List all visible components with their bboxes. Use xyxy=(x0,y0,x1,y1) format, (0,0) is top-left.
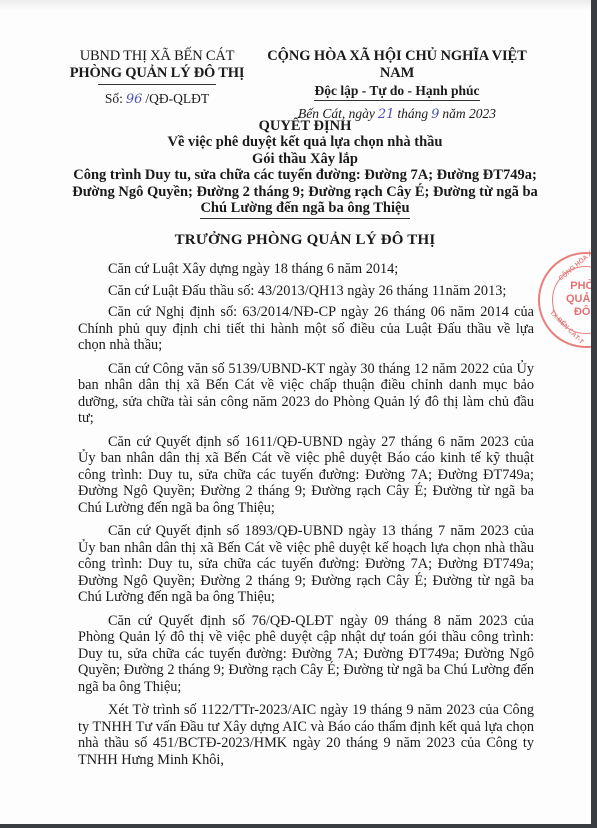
package-name: Gói thầu Xây lắp xyxy=(60,151,550,168)
seal-line-3: ĐÔ xyxy=(566,306,591,319)
legal-basis-paragraph: Căn cứ Quyết định số 76/QĐ-QLĐT ngày 09 … xyxy=(78,613,534,696)
legal-basis-paragraph: Căn cứ Công văn số 5139/UBND-KT ngày 30 … xyxy=(78,361,534,427)
national-header: CỘNG HÒA XÃ HỘI CHỦ NGHĨA VIỆT NAM Độc l… xyxy=(252,48,542,123)
seal-line-2: QUẢN xyxy=(566,293,591,306)
header-divider xyxy=(98,84,216,85)
legal-basis-paragraph: Căn cứ Luật Xây dựng ngày 18 tháng 6 năm… xyxy=(78,261,534,278)
document-type: QUYẾT ĐỊNH xyxy=(60,118,550,134)
document-page: UBND THỊ XÃ BẾN CÁT PHÒNG QUẢN LÝ ĐÔ THỊ… xyxy=(0,0,591,824)
seal-center-text: PHÒ QUẢN ĐÔ xyxy=(566,280,591,319)
legal-basis-paragraph: Căn cứ Quyết định số 1893/QĐ-UBND ngày 1… xyxy=(78,523,534,606)
decision-subject: Về việc phê duyệt kết quả lựa chọn nhà t… xyxy=(60,134,550,151)
agency-name: UBND THỊ XÃ BẾN CÁT xyxy=(62,48,252,65)
issuing-agency-header: UBND THỊ XÃ BẾN CÁT PHÒNG QUẢN LÝ ĐÔ THỊ… xyxy=(62,48,252,108)
decision-title-block: QUYẾT ĐỊNH Về việc phê duyệt kết quả lựa… xyxy=(60,118,550,219)
legal-basis-paragraph: Căn cứ Quyết định số 1611/QĐ-UBND ngày 2… xyxy=(78,434,534,517)
official-seal-stamp: CỘNG HÒA X.H. TX.BẾN CÁT-T PHÒ QUẢN ĐÔ xyxy=(538,252,591,348)
national-motto: Độc lập - Tự do - Hạnh phúc xyxy=(314,82,479,101)
issuing-authority: TRƯỞNG PHÒNG QUẢN LÝ ĐÔ THỊ xyxy=(60,232,550,249)
seal-line-1: PHÒ xyxy=(566,280,591,293)
handwritten-number: 96 xyxy=(123,92,146,107)
document-number: Số:96/QĐ-QLĐT xyxy=(62,91,252,108)
number-label: Số: xyxy=(105,91,123,106)
project-line-2: Đường Ngô Quyền; Đường 2 tháng 9; Đường … xyxy=(60,184,550,201)
consideration-paragraph: Xét Tờ trình số 1122/TTr-2023/AIC ngày 1… xyxy=(78,702,534,768)
number-suffix: /QĐ-QLĐT xyxy=(145,91,209,106)
project-line-3: Chú Lường đến ngã ba ông Thiệu xyxy=(200,200,409,219)
legal-basis-paragraph: Căn cứ Luật Đấu thầu số: 43/2013/QH13 ng… xyxy=(78,283,534,300)
department-name: PHÒNG QUẢN LÝ ĐÔ THỊ xyxy=(62,65,252,82)
legal-basis-paragraph: Căn cứ Nghị định số: 63/2014/NĐ-CP ngày … xyxy=(78,304,534,354)
project-line-1: Công trình Duy tu, sửa chữa các tuyến đư… xyxy=(60,167,550,184)
document-body: Căn cứ Luật Xây dựng ngày 18 tháng 6 năm… xyxy=(78,261,534,775)
nation-name: CỘNG HÒA XÃ HỘI CHỦ NGHĨA VIỆT NAM xyxy=(252,48,542,82)
